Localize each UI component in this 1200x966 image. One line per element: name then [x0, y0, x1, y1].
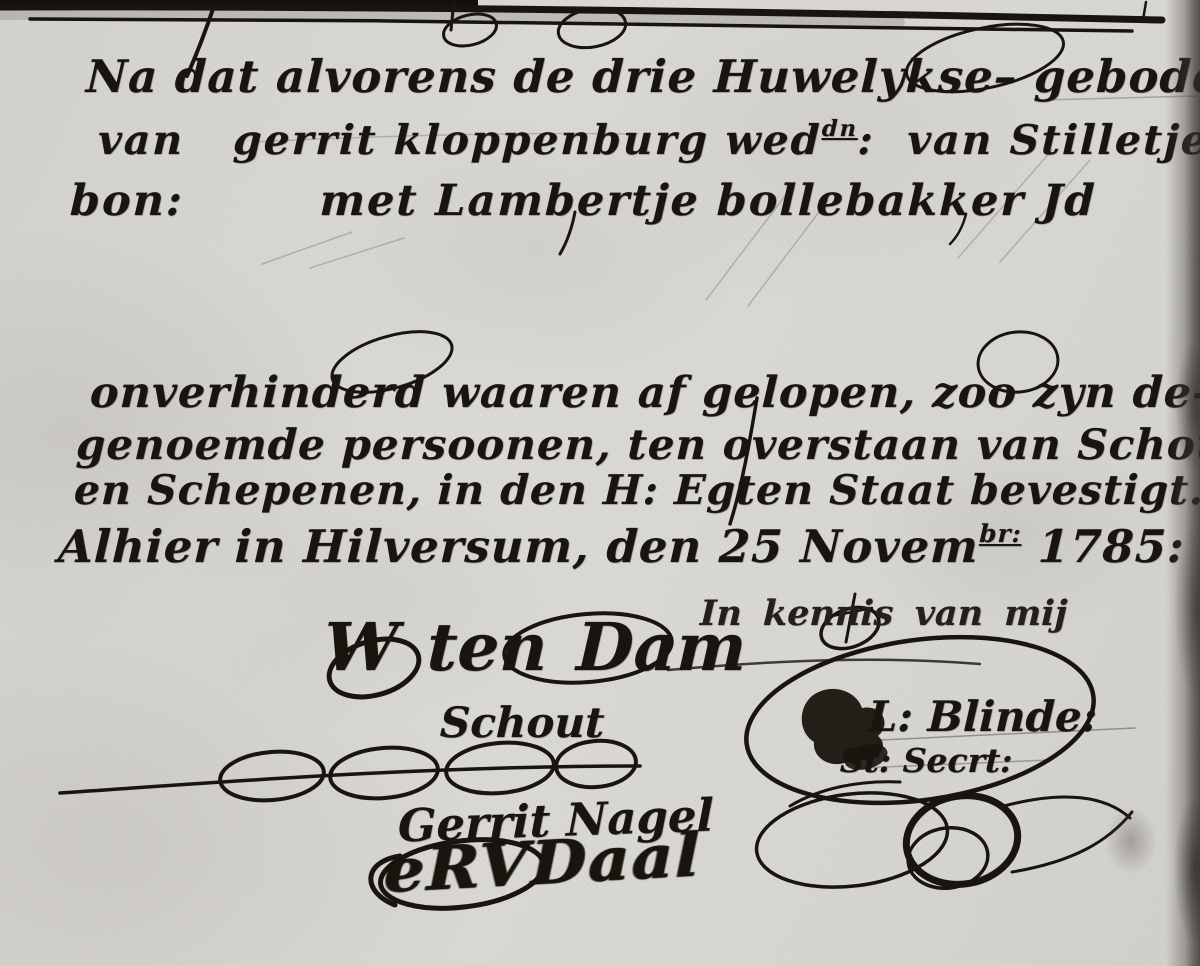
- signature-secretary-name: L: Blinde:: [867, 696, 1098, 738]
- attestation-line: In kennis van mij: [699, 596, 1067, 631]
- hw-line-geboden: Na dat alvorens de drie Huwelykse– gebod…: [85, 54, 1200, 99]
- signature-witness-2: eRVDaal: [384, 825, 701, 902]
- hw-line-bride: bon: met Lambertje bollebakker Jd: [69, 180, 1097, 223]
- hw-line-schepenen: en Schepenen, in den H: Egten Staat beve…: [73, 470, 1200, 511]
- signature-schout-name: W ten Dam: [323, 614, 748, 680]
- hw-line-genoemde: genoemde persoonen, ten overstaan van Sc…: [75, 424, 1200, 466]
- sec-lower-tail-lower: [1012, 812, 1132, 872]
- hw-line-date: Alhier in Hilversum, den 25 Novembr: 178…: [57, 524, 1185, 569]
- signature-schout-title: Schout: [439, 702, 605, 744]
- secretary-lower-flourish: [751, 782, 1132, 898]
- signature-secretary-title: St: Secrt:: [839, 744, 1013, 777]
- hw-line-onverhinderd: onverhinderd waaren af gelopen, zoo zyn …: [89, 372, 1200, 415]
- document-scan-page: Na dat alvorens de drie Huwelykse– gebod…: [0, 0, 1200, 966]
- sec-lower-tail-upper: [1004, 797, 1130, 818]
- hw-line-groom: van gerrit kloppenburg weddn: van Stille…: [97, 120, 1200, 161]
